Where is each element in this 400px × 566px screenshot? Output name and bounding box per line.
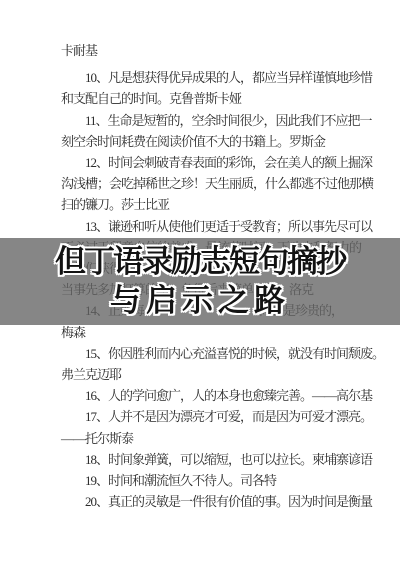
document-line: 11、生命是短暂的，空余时间很少，因此我们不应把一 xyxy=(61,110,343,131)
document-line: 16、人的学问愈广，人的本身也愈臻完善。——高尔基 xyxy=(61,385,343,406)
document-line: 19、时间和潮流恒久不待人。司各特 xyxy=(61,470,343,491)
line-text: ——托尔斯泰 xyxy=(61,431,133,446)
line-text: 18、时间象弹簧，可以缩短，也可以拉长。柬埔寨谚语 xyxy=(85,452,372,467)
line-text: 10、凡是想获得优异成果的人，都应当异样谨慎地珍惜 xyxy=(85,70,372,85)
line-text: 沟浅槽；会吃掉稀世之珍！天生丽质，什么都逃不过他那横 xyxy=(61,176,373,191)
line-text: 11、生命是短暂的，空余时间很少，因此我们不应把一 xyxy=(85,113,372,128)
line-text: 弗兰克迈耶 xyxy=(61,367,121,382)
line-text: 20、真正的灵敏是一件很有价值的事。因为时间是衡量 xyxy=(85,494,372,509)
line-text: 刻空余时间耗费在阅读价值不大的书籍上。罗斯金 xyxy=(61,134,325,149)
overlay-title-line1: 但丁语录励志短句摘抄 xyxy=(55,244,345,281)
document-line: 20、真正的灵敏是一件很有价值的事。因为时间是衡量 xyxy=(61,491,343,512)
document-line: 沟浅槽；会吃掉稀世之珍！天生丽质，什么都逃不过他那横 xyxy=(61,173,343,194)
document-line: 刻空余时间耗费在阅读价值不大的书籍上。罗斯金 xyxy=(61,131,343,152)
line-text: 卡耐基 xyxy=(61,43,97,58)
document-line: 卡耐基 xyxy=(61,40,343,61)
document-line: 和支配自己的时间。克鲁普斯卡娅 xyxy=(61,88,343,109)
document-line: 15、你因胜利而内心充溢喜悦的时候，就没有时间颓废。 xyxy=(61,343,343,364)
document-line: 10、凡是想获得优异成果的人，都应当异样谨慎地珍惜 xyxy=(61,67,343,88)
line-text: 15、你因胜利而内心充溢喜悦的时候，就没有时间颓废。 xyxy=(85,346,384,361)
line-text: 12、时间会刺破青春表面的彩饰，会在美人的额上掘深 xyxy=(85,155,372,170)
line-text: 和支配自己的时间。克鲁普斯卡娅 xyxy=(61,91,241,106)
line-text: 梅森 xyxy=(61,325,85,340)
document-line: 18、时间象弹簧，可以缩短，也可以拉长。柬埔寨谚语 xyxy=(61,449,343,470)
document-line: 12、时间会刺破青春表面的彩饰，会在美人的额上掘深 xyxy=(61,152,343,173)
line-text: 19、时间和潮流恒久不待人。司各特 xyxy=(85,473,276,488)
overlay-title-line2: 与启示之路 xyxy=(110,283,290,320)
title-overlay-band: 但丁语录励志短句摘抄 与启示之路 xyxy=(0,238,400,325)
document-line: 17、人并不是因为漂亮才可爱，而是因为可爱才漂亮。 xyxy=(61,406,343,427)
line-text: 17、人并不是因为漂亮才可爱，而是因为可爱才漂亮。 xyxy=(85,409,372,424)
line-text: 16、人的学问愈广，人的本身也愈臻完善。——高尔基 xyxy=(85,388,372,403)
line-text: 扫的镰刀。莎士比亚 xyxy=(61,197,169,212)
document-page: 卡耐基10、凡是想获得优异成果的人，都应当异样谨慎地珍惜和支配自己的时间。克鲁普… xyxy=(0,0,400,566)
line-text: 13、谦逊和听从使他们更适于受教育；所以事先尽可以 xyxy=(85,219,372,234)
document-line: 扫的镰刀。莎士比亚 xyxy=(61,194,343,215)
document-line: 13、谦逊和听从使他们更适于受教育；所以事先尽可以 xyxy=(61,216,343,237)
document-line: ——托尔斯泰 xyxy=(61,428,343,449)
document-line: 弗兰克迈耶 xyxy=(61,364,343,385)
